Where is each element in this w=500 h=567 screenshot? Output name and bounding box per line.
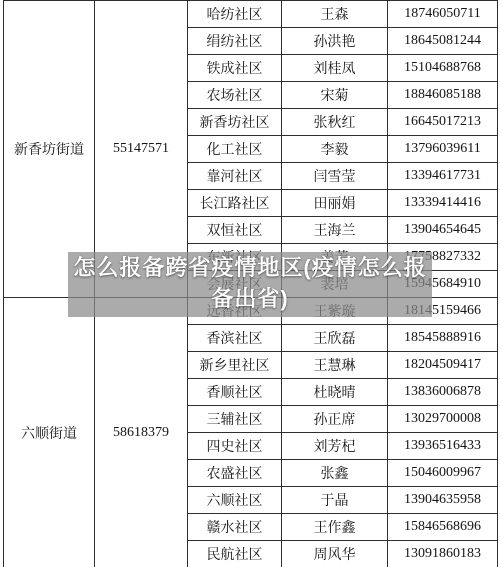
community-cell: 长江路社区 [188,190,282,217]
community-cell: 四史社区 [188,433,282,460]
contact-phone-cell: 13394617731 [388,163,498,190]
contact-phone-cell: 13339414416 [388,190,498,217]
contact-name-cell: 王海兰 [282,217,388,244]
contact-phone-cell: 15846568696 [388,514,498,541]
contact-name-cell: 刘桂凤 [282,55,388,82]
community-cell: 六顺社区 [188,487,282,514]
contact-name-cell: 王慧琳 [282,352,388,379]
watermark-overlay: 怎么报备跨省疫情地区(疫情怎么报 备出省) [68,252,432,317]
contact-name-cell: 刘芳杞 [282,433,388,460]
community-cell: 赣水社区 [188,514,282,541]
contact-phone-cell: 18645081244 [388,28,498,55]
contact-name-cell: 孙正席 [282,406,388,433]
contact-phone-cell: 18746050711 [388,1,498,28]
contact-name-cell: 张鑫 [282,460,388,487]
contact-name-cell: 宋菊 [282,82,388,109]
contact-phone-cell: 13904635958 [388,487,498,514]
contact-name-cell: 王欣磊 [282,325,388,352]
contact-phone-cell: 13091860183 [388,541,498,567]
contact-phone-cell: 16645017213 [388,109,498,136]
contact-phone-cell: 18204509417 [388,352,498,379]
community-cell: 新乡里社区 [188,352,282,379]
contact-phone-cell: 13904654645 [388,217,498,244]
contact-name-cell: 孙洪艳 [282,28,388,55]
watermark-title: 怎么报备跨省疫情地区(疫情怎么报 备出省) [54,252,446,314]
contact-phone-cell: 13796039611 [388,136,498,163]
contact-phone-cell: 13936516433 [388,433,498,460]
contact-phone-cell: 18545888916 [388,325,498,352]
street-cell: 六顺街道 [4,298,95,567]
community-cell: 绢纺社区 [188,28,282,55]
street-hotline-cell: 58618379 [95,298,188,567]
contact-name-cell: 杜晓晴 [282,379,388,406]
contact-name-cell: 田丽娟 [282,190,388,217]
contact-name-cell: 于晶 [282,487,388,514]
community-cell: 靠河社区 [188,163,282,190]
contact-phone-cell: 15046009967 [388,460,498,487]
community-cell: 化工社区 [188,136,282,163]
community-cell: 双恒社区 [188,217,282,244]
table-row: 新香坊街道 55147571 哈纺社区 王森 18746050711 [4,1,498,28]
community-cell: 民航社区 [188,541,282,567]
contact-phone-cell: 13029700008 [388,406,498,433]
community-cell: 哈纺社区 [188,1,282,28]
contact-name-cell: 王森 [282,1,388,28]
community-cell: 农场社区 [188,82,282,109]
community-cell: 香滨社区 [188,325,282,352]
contact-name-cell: 闫雪莹 [282,163,388,190]
contact-phone-cell: 13836006878 [388,379,498,406]
contact-name-cell: 张秋红 [282,109,388,136]
contact-name-cell: 王作鑫 [282,514,388,541]
watermark-title-line1: 怎么报备跨省疫情地区(疫情怎么报 [54,252,446,283]
community-cell: 农盛社区 [188,460,282,487]
contact-phone-cell: 15104688768 [388,55,498,82]
community-cell: 新香坊社区 [188,109,282,136]
community-cell: 香顺社区 [188,379,282,406]
contact-name-cell: 李毅 [282,136,388,163]
contact-name-cell: 周风华 [282,541,388,567]
community-cell: 铁成社区 [188,55,282,82]
contact-phone-cell: 18846085188 [388,82,498,109]
screenshot-root: 新香坊街道 55147571 哈纺社区 王森 18746050711 绢纺社区 … [0,0,500,567]
community-cell: 三辅社区 [188,406,282,433]
watermark-title-line2: 备出省) [54,283,446,314]
